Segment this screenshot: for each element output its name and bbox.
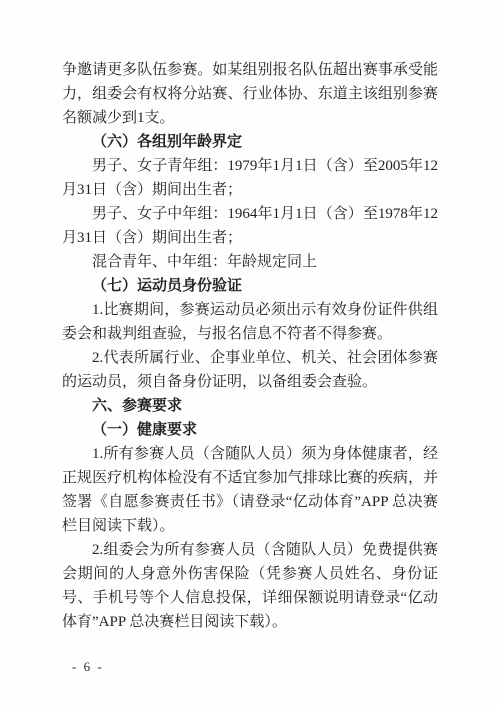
document-body: 争邀请更多队伍参赛。如某组别报名队伍超出赛事承受能力，组委会有权将分站赛、行业体… [62,58,438,634]
section-heading-7-identity-verification: （七）运动员身份验证 [62,274,438,298]
paragraph-mixed-group: 混合青年、中年组：年龄规定同上 [62,250,438,274]
paragraph-middle-age-group: 男子、女子中年组：1964年1月1日（含）至1978年12月31日（含）期间出生… [62,202,438,250]
section-heading-1-health-requirements: （一）健康要求 [62,418,438,442]
section-heading-6-participation-requirements: 六、参赛要求 [62,394,438,418]
paragraph-identity-item-2: 2.代表所属行业、企事业单位、机关、社会团体参赛的运动员，须自备身份证明，以备组… [62,346,438,394]
paragraph-identity-item-1: 1.比赛期间，参赛运动员必须出示有效身份证件供组委会和裁判组查验，与报名信息不符… [62,298,438,346]
document-page: 争邀请更多队伍参赛。如某组别报名队伍超出赛事承受能力，组委会有权将分站赛、行业体… [0,0,500,706]
page-number: - 6 - [72,659,104,675]
paragraph-youth-group: 男子、女子青年组：1979年1月1日（含）至2005年12月31日（含）期间出生… [62,154,438,202]
paragraph-health-item-2: 2.组委会为所有参赛人员（含随队人员）免费提供赛会期间的人身意外伤害保险（凭参赛… [62,538,438,634]
paragraph-health-item-1: 1.所有参赛人员（含随队人员）须为身体健康者，经正规医疗机构体检没有不适宜参加气… [62,442,438,538]
paragraph-continuation: 争邀请更多队伍参赛。如某组别报名队伍超出赛事承受能力，组委会有权将分站赛、行业体… [62,58,438,130]
section-heading-6-age-definition: （六）各组别年龄界定 [62,130,438,154]
